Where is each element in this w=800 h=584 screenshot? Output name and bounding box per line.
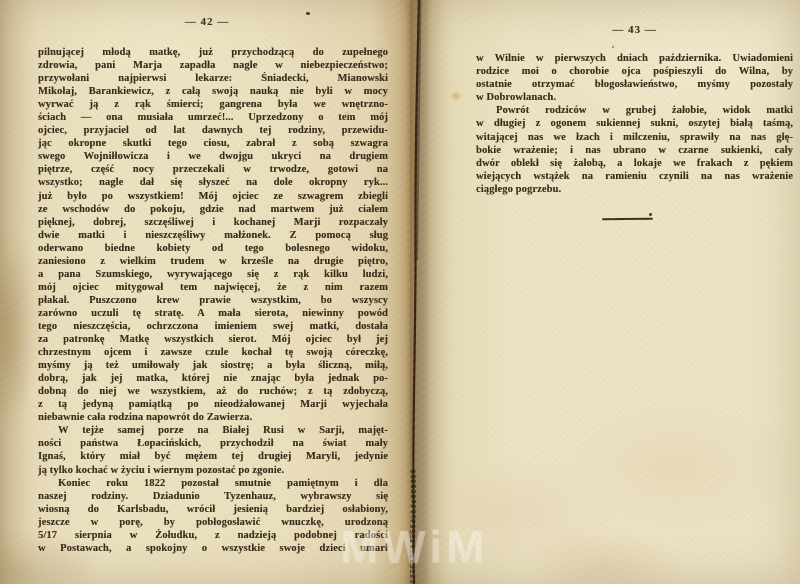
text-line: ności państwa Łopacińskich, przychodził … (38, 437, 388, 450)
text-line: przywołani najpierwsi lekarze: Śniadecki… (38, 72, 388, 85)
text-line: w Dobrowlanach. (476, 91, 793, 104)
text-line: w długiej z ogonem sukiennej sukni, oszy… (476, 117, 793, 130)
text-line: wiosną do Karlsbadu, wrócił jesienią bar… (38, 503, 388, 516)
text-line: pilnującej młodą matkę, już przychodzącą… (38, 46, 388, 59)
text-line: swego Wojniłłowicza i we dwojgu ukryci n… (38, 150, 388, 163)
paragraph: W tejże samej porze na Białej Rusi w Sar… (38, 424, 388, 476)
text-line: Powrót rodziców w grubej żałobie, widok … (476, 104, 793, 117)
text-line: ojciec, przyjaciel od lat dawnych tej ro… (38, 124, 388, 137)
text-line: ciągłego pogrzebu. (476, 183, 793, 196)
text-line: zdrowia, pani Marja zapadła nagle w nieb… (38, 59, 388, 72)
text-line: 5/17 sierpnia w Żołudku, z nadzieją podo… (38, 529, 388, 542)
ink-speck (612, 46, 614, 48)
text-line: a pana Szumskiego, wyrywającego się z rą… (38, 268, 388, 281)
paragraph: pilnującej młodą matkę, już przychodzącą… (38, 46, 388, 424)
text-line: niebawnie cała rodzina napowrót do Zawie… (38, 411, 388, 424)
text-line: wiejących wstążek na ramieniu czynili na… (476, 170, 793, 183)
book-spine-gutter (398, 0, 446, 584)
text-line: już było po wszystkiem! Mój ojciec ze sz… (38, 190, 388, 203)
text-line: jąc okropne skutki tego ciosu, zabrał z … (38, 137, 388, 150)
text-line: Koniec roku 1822 pozostał smutnie pamięt… (38, 477, 388, 490)
text-line: płakał. Puszczono krew prawie wszystkim,… (38, 294, 388, 307)
text-line: tego nieszczęścia, ochrzczona imieniem s… (38, 320, 388, 333)
text-line: zaniesiono z wielkim trudem w krześle na… (38, 255, 388, 268)
text-line: ją tylko kochać w życiu i wiernym pozost… (38, 464, 388, 477)
text-line: bokie wrażenie; i nas ubrano w czarne su… (476, 144, 793, 157)
text-line: W tejże samej porze na Białej Rusi w Sar… (38, 424, 388, 437)
text-line: myśmy ją też umiłowały jak siostrę; a by… (38, 359, 388, 372)
text-line: w Wilnie w pierwszych dniach październik… (476, 52, 793, 65)
paragraph: Powrót rodziców w grubej żałobie, widok … (476, 104, 793, 196)
text-line: mój ojciec mitygował tem najwięcej, że z… (38, 281, 388, 294)
ink-speck (649, 213, 652, 216)
text-line: za patronkę Matkę wszystkich sierot. Mój… (38, 333, 388, 346)
text-line: w Postawach, a spokojny o wszystkie swoj… (38, 542, 388, 555)
text-line: dobną do niej we wszystkiem, aż do ruchó… (38, 385, 388, 398)
page-43-number: — 43 — (476, 24, 793, 36)
text-line: oderwano biedne kobiety od tego bolesneg… (38, 242, 388, 255)
text-line: witającej nas we łzach i milczeniu, spra… (476, 131, 793, 144)
text-line: ściach — ona musiała umrzeć!... Uprzedzo… (38, 111, 388, 124)
text-line: jeszcze w porę, by pobłogosławić wnuczkę… (38, 516, 388, 529)
text-line: dwie matki i nieszczęśliwy małżonek. Z p… (38, 229, 388, 242)
text-line: chrzestnym ojcem i zawsze czule kochał t… (38, 346, 388, 359)
text-line: dwór oblekł się żałobą, a lokaje we frak… (476, 157, 793, 170)
text-line: pięknej, dobrej, szczęśliwej i kochanej … (38, 216, 388, 229)
text-line: naszej rodziny. Dziadunio Tyzenhauz, wyb… (38, 490, 388, 503)
book-scan: — 42 — — 43 — pilnującej młodą matkę, ju… (0, 0, 800, 584)
text-line: wszystko; nagle dał się słyszeć na dole … (38, 176, 388, 189)
text-line: Mikołaj, Barankiewicz, z całą swoją nauk… (38, 85, 388, 98)
paragraph: w Wilnie w pierwszych dniach październik… (476, 52, 793, 104)
paragraph: Koniec roku 1822 pozostał smutnie pamięt… (38, 477, 388, 555)
text-line: ze wschodów do pokoju, gdzie nad martwem… (38, 203, 388, 216)
text-line: z tą jedyną pamiątką po nieodżałowanej M… (38, 398, 388, 411)
text-line: zarówno uczuli tę stratę. A mała sierota… (38, 307, 388, 320)
text-line: ostatnie otrzymać błogosławieństwo, myśm… (476, 78, 793, 91)
text-line: rodzice moi o chorobie ojca pośpieszyli … (476, 65, 793, 78)
page-43-text: w Wilnie w pierwszych dniach październik… (476, 52, 793, 196)
text-line: dobrą, jak jej matka, której nie znając … (38, 372, 388, 385)
text-line: Ignaś, który miał być mężem tej drugiej … (38, 450, 388, 463)
page-42-number: — 42 — (32, 16, 382, 28)
text-line: piętrze, część nocy przeczekali w trwodz… (38, 163, 388, 176)
text-line: wyrwać ją z rąk śmierci; gangrena była w… (38, 98, 388, 111)
spine-crease-line (398, 0, 446, 584)
page-42-text: pilnującej młodą matkę, już przychodzącą… (38, 46, 388, 555)
